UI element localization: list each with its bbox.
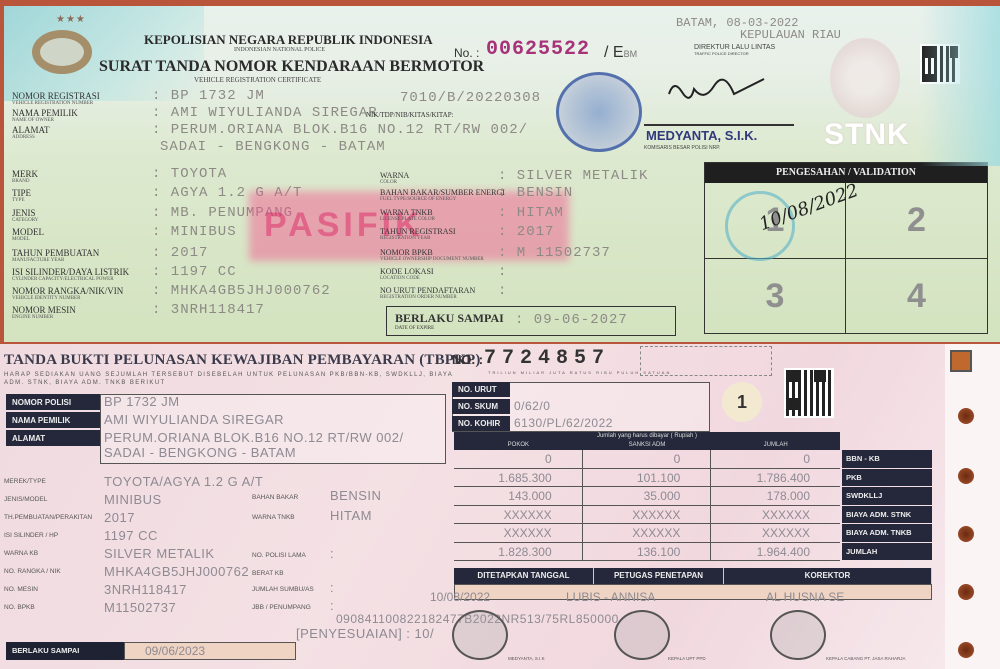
perforation-hole — [958, 642, 974, 658]
signature-line — [644, 124, 794, 126]
field-label-sub: MODEL — [12, 237, 44, 242]
payment-row-label: BIAYA ADM. TNKB — [842, 524, 932, 542]
field-label-text: NOMOR BPKB — [380, 248, 433, 257]
tbpkp-expiry-date: 09/06/2023 — [124, 642, 296, 660]
owner-label: NAMA PEMILIK — [6, 412, 100, 428]
vehicle-right-label: JBB / PENUMPANG — [252, 604, 311, 611]
stamp-upt-icon — [614, 610, 670, 660]
field-label: TAHUN PEMBUATANMANUFACTURE YEAR — [12, 249, 99, 263]
vehicle-value: TOYOTA/AGYA 1.2 G A/T — [104, 474, 263, 489]
stamp-police-name: MEDYANTA, S.I.K — [508, 656, 545, 661]
field-value: : BENSIN — [498, 185, 573, 201]
id-card-label: NIK/TDP/NIB/KITAS/KITAP: — [366, 112, 454, 119]
stamp-police-icon — [452, 610, 508, 660]
official-stamp-icon — [556, 72, 642, 152]
tbpkp-number: 7724857 — [484, 347, 610, 370]
field-value: : M 11502737 — [498, 245, 611, 261]
field-value: : SILVER METALIK — [498, 168, 648, 184]
field-label-sub: TYPE — [12, 198, 31, 203]
ref-value: 0/62/0 — [514, 399, 550, 413]
document-subtitle: VEHICLE REGISTRATION CERTIFICATE — [194, 76, 321, 84]
field-value: : 3NRH118417 — [152, 302, 265, 318]
expiry-date: : 09-06-2027 — [515, 312, 628, 328]
issuer-rank: KOMISARIS BESAR POLISI NRP. — [644, 145, 720, 151]
field-label-text: MODEL — [12, 227, 44, 237]
payment-cell: XXXXXX — [454, 506, 583, 524]
issuer-position: DIREKTUR LALU LINTASTRAFFIC POLICE DIREC… — [694, 44, 775, 56]
payment-cell: 0 — [583, 450, 712, 468]
field-label-text: NO URUT PENDAFTARAN — [380, 286, 475, 295]
vehicle-label: JENIS/MODEL — [4, 496, 47, 503]
field-value: : 1197 CC — [152, 264, 237, 280]
payment-cell: 178.000 — [711, 487, 840, 505]
payment-row: 000 — [454, 450, 840, 469]
field-label: TAHUN REGISTRASIREGISTRATION YEAR — [380, 228, 456, 241]
tbpkp-title: TANDA BUKTI PELUNASAN KEWAJIBAN PEMBAYAR… — [4, 352, 481, 369]
vehicle-right-label: WARNA TNKB — [252, 514, 295, 521]
registration-ref: 7010/B/20220308 — [400, 90, 541, 106]
perforated-strip — [945, 344, 1000, 669]
vehicle-value: M11502737 — [104, 600, 176, 615]
vehicle-value: MINIBUS — [104, 492, 162, 507]
vehicle-value: 2017 — [104, 510, 135, 525]
payment-columns: POKOK SANKSI ADM JUMLAH — [454, 441, 840, 450]
police-emblem-icon — [32, 30, 92, 74]
ref-label: NO. KOHIR — [452, 416, 510, 431]
payment-cell: XXXXXX — [583, 506, 712, 524]
issuer-name: MEDYANTA, S.I.K. — [646, 128, 757, 143]
field-label-sub: MANUFACTURE YEAR — [12, 258, 99, 263]
field-label: KODE LOKASILOCATION CODE — [380, 268, 434, 281]
field-label-sub: FUEL TYPE/SOURCE OF ENERGY — [380, 197, 505, 202]
field-label-sub: CYLINDER CAPACITY/ELECTRICAL POWER — [12, 277, 129, 282]
field-label-text: JENIS — [12, 208, 36, 218]
assessment-date-header: DITETAPKAN TANGGAL — [454, 568, 594, 584]
qr-code-icon — [920, 44, 960, 84]
field-label-sub: CATEGORY — [12, 218, 38, 223]
stars-icon: ★★★ — [56, 14, 86, 25]
stnk-expiry-box: BERLAKU SAMPAIDATE OF EXPIRE : 09-06-202… — [386, 306, 676, 336]
tbpkp-expiry-label: BERLAKU SAMPAI — [6, 642, 124, 660]
payment-cell: 0 — [454, 450, 583, 468]
field-label-text: TIPE — [12, 188, 31, 198]
field-label: NOMOR MESINENGINE NUMBER — [12, 306, 76, 320]
assessment-date: 10/08/2022 — [430, 590, 490, 604]
field-label-text: NOMOR REGISTRASI — [12, 91, 100, 101]
field-label-text: NOMOR MESIN — [12, 305, 76, 315]
vehicle-right-label: BAHAN BAKAR — [252, 494, 298, 501]
vehicle-label: NO. BPKB — [4, 604, 35, 611]
field-label: JENISCATEGORY — [12, 209, 38, 223]
tbpkp-stamp-area — [640, 346, 772, 376]
assessment-officer: LUBIS - ANNISA — [566, 590, 655, 604]
issue-region: KEPULAUAN RIAU — [740, 28, 841, 42]
field-label: MERKBRAND — [12, 170, 38, 184]
field-label: TIPETYPE — [12, 189, 31, 203]
payment-cell: 1.786.400 — [711, 469, 840, 487]
perforation-hole — [958, 584, 974, 600]
vehicle-label: ISI SILINDER / HP — [4, 532, 58, 539]
field-value: : PERUM.ORIANA BLOK.B16 NO.12 RT/RW 002/ — [152, 122, 528, 138]
owner-value: BP 1732 JM — [104, 394, 180, 409]
payment-cell: 1.685.300 — [454, 469, 583, 487]
field-value: : MHKA4GB5JHJ000762 — [152, 283, 331, 299]
vehicle-right-value: BENSIN — [330, 488, 381, 503]
tbpkp-receipt: TANDA BUKTI PELUNASAN KEWAJIBAN PEMBAYAR… — [0, 344, 1000, 669]
agency-title: KEPOLISIAN NEGARA REPUBLIK INDONESIA — [144, 32, 433, 48]
vehicle-right-label: JUMLAH SUMBU/AS — [252, 586, 314, 593]
ref-label: NO. SKUM — [452, 399, 510, 414]
field-label-text: WARNA — [380, 171, 409, 180]
field-label: BAHAN BAKAR/SUMBER ENERGIFUEL TYPE/SOURC… — [380, 189, 505, 202]
payment-row: XXXXXXXXXXXXXXXXXX — [454, 506, 840, 525]
field-label: WARNACOLOR — [380, 172, 409, 185]
payment-cell: 136.100 — [583, 543, 712, 561]
validation-box: PENGESAHAN / VALIDATION 1 2 3 4 10/08/20… — [704, 162, 988, 334]
vehicle-label: WARNA KB — [4, 550, 38, 557]
vehicle-label: NO. RANGKA / NIK — [4, 568, 61, 575]
perforation-hole — [958, 468, 974, 484]
payment-cell: 1.828.300 — [454, 543, 583, 561]
tbpkp-qr-code-icon — [784, 368, 834, 418]
field-label-sub: VEHICLE OWNERSHIP DOCUMENT NUMBER — [380, 257, 484, 262]
payment-row-label: PKB — [842, 469, 932, 487]
payment-table: Jumlah yang harus dibayar ( Rupiah ) POK… — [454, 432, 840, 561]
payment-row-label: JUMLAH — [842, 543, 932, 561]
tbpkp-note: HARAP SEDIAKAN UANG SEJUMLAH TERSEBUT DI… — [4, 371, 454, 387]
vehicle-label: MEREK/TYPE — [4, 478, 46, 485]
field-label-sub: VEHICLE IDENTITY NUMBER — [12, 296, 123, 301]
payment-row: 1.685.300101.1001.786.400 — [454, 469, 840, 488]
perforation-hole — [958, 526, 974, 542]
signature-icon — [664, 74, 774, 124]
field-label-sub: ADDRESS — [12, 135, 50, 140]
expiry-label: BERLAKU SAMPAIDATE OF EXPIRE — [395, 311, 504, 331]
field-label-text: NAMA PEMILIK — [12, 108, 78, 118]
field-value: : 2017 — [498, 224, 554, 240]
payment-cell: 143.000 — [454, 487, 583, 505]
payment-row-label: BIAYA ADM. STNK — [842, 506, 932, 524]
assessment-header: DITETAPKAN TANGGAL PETUGAS PENETAPAN KOR… — [454, 568, 932, 584]
payment-counter-badge: 1 — [722, 382, 762, 422]
field-value: SADAI - BENGKONG - BATAM — [160, 139, 386, 155]
payment-row-labels: BBN - KBPKBSWDKLLJBIAYA ADM. STNKBIAYA A… — [842, 450, 932, 561]
serial-label: No. : — [454, 46, 479, 60]
field-label-text: KODE LOKASI — [380, 267, 434, 276]
field-value: : 2017 — [152, 245, 208, 261]
field-value: : BP 1732 JM — [152, 88, 265, 104]
field-label-sub: BRAND — [12, 179, 38, 184]
payment-cell: XXXXXX — [711, 524, 840, 542]
vehicle-label: NO. MESIN — [4, 586, 38, 593]
field-label: ALAMATADDRESS — [12, 126, 50, 140]
vehicle-label: TH.PEMBUATAN/PERAKITAN — [4, 514, 92, 521]
assessment-corrector-header: KOREKTOR — [724, 568, 932, 584]
agency-subtitle: INDONESIAN NATIONAL POLICE — [234, 47, 325, 53]
field-label-sub: VEHICLE REGISTRATION NUMBER — [12, 101, 100, 106]
document-title: SURAT TANDA NOMOR KENDARAAN BERMOTOR — [99, 58, 484, 76]
assessment-corrector: AL HUSNA SE — [766, 590, 844, 604]
payment-cell: XXXXXX — [711, 506, 840, 524]
payment-row: 1.828.300136.1001.964.400 — [454, 543, 840, 562]
field-label-text: ALAMAT — [12, 125, 50, 135]
validation-cell-2: 2 — [846, 183, 987, 259]
field-label-sub: REGISTRATION YEAR — [380, 236, 456, 241]
payment-row: XXXXXXXXXXXXXXXXXX — [454, 524, 840, 543]
field-value: : — [498, 264, 507, 280]
payment-row-label: SWDKLLJ — [842, 487, 932, 505]
payment-cell: XXXXXX — [454, 524, 583, 542]
field-label-sub: ENGINE NUMBER — [12, 315, 76, 320]
stamp-jasa-raharja-icon — [770, 610, 826, 660]
owner-value: PERUM.ORIANA BLOK.B16 NO.12 RT/RW 002/ — [104, 430, 404, 445]
vehicle-value: 3NRH118417 — [104, 582, 187, 597]
payment-cell: 35.000 — [583, 487, 712, 505]
ref-value: 6130/PL/62/2022 — [514, 416, 613, 430]
vehicle-value: MHKA4GB5JHJ000762 — [104, 564, 249, 579]
field-label: ISI SILINDER/DAYA LISTRIKCYLINDER CAPACI… — [12, 268, 129, 282]
field-label: NOMOR BPKBVEHICLE OWNERSHIP DOCUMENT NUM… — [380, 249, 484, 262]
vehicle-right-label: NO. POLISI LAMA — [252, 552, 306, 559]
field-label: WARNA TNKBLICENSE PLATE COLOR — [380, 209, 435, 222]
field-label: NO URUT PENDAFTARANREGISTRATION ORDER NU… — [380, 287, 475, 300]
field-label-text: NOMOR RANGKA/NIK/VIN — [12, 286, 123, 296]
field-label: NOMOR RANGKA/NIK/VINVEHICLE IDENTITY NUM… — [12, 287, 123, 301]
owner-value: AMI WIYULIANDA SIREGAR — [104, 412, 284, 427]
ref-label: NO. URUT — [452, 382, 510, 397]
stnk-emblem-icon — [830, 38, 900, 118]
validation-title: PENGESAHAN / VALIDATION — [705, 163, 987, 183]
payment-caption: Jumlah yang harus dibayar ( Rupiah ) — [454, 432, 840, 441]
field-value: : HITAM — [498, 205, 564, 221]
owner-address-line2: SADAI - BENGKONG - BATAM — [104, 445, 296, 460]
vehicle-value: SILVER METALIK — [104, 546, 215, 561]
field-label-sub: LOCATION CODE — [380, 276, 434, 281]
field-label-text: ISI SILINDER/DAYA LISTRIK — [12, 267, 129, 277]
serial-suffix: / EBM — [604, 44, 637, 62]
field-value: : — [498, 283, 507, 299]
field-label: NOMOR REGISTRASIVEHICLE REGISTRATION NUM… — [12, 92, 100, 106]
payment-cell: 0 — [711, 450, 840, 468]
vehicle-right-label: BERAT KB — [252, 570, 284, 577]
payment-row: 143.00035.000178.000 — [454, 487, 840, 506]
validation-cell-3: 3 — [705, 259, 846, 335]
adjustment-note: [PENYESUAIAN] : 10/ — [296, 626, 434, 641]
field-label: MODELMODEL — [12, 228, 44, 242]
field-label: NAMA PEMILIKNAME OF OWNER — [12, 109, 78, 123]
field-label-text: TAHUN PEMBUATAN — [12, 248, 99, 258]
owner-label: ALAMAT — [6, 430, 100, 446]
assessment-row — [454, 584, 932, 600]
field-value: : MINIBUS — [152, 224, 237, 240]
field-label-text: TAHUN REGISTRASI — [380, 227, 456, 236]
field-value: : TOYOTA — [152, 166, 227, 182]
field-label-sub: LICENSE PLATE COLOR — [380, 217, 435, 222]
tbpkp-no-label: NO. : — [452, 352, 483, 367]
payment-cell: XXXXXX — [583, 524, 712, 542]
vehicle-right-value: : — [330, 546, 334, 561]
validation-cell-4: 4 — [846, 259, 987, 335]
stamp-upt-name: KEPALA UPT PPD — [668, 656, 706, 661]
stamp-jasa-raharja-name: KEPALA CABANG PT. JASA RAHARJA — [826, 656, 905, 661]
field-label-text: WARNA TNKB — [380, 208, 433, 217]
vehicle-value: 1197 CC — [104, 528, 158, 543]
assessment-officer-header: PETUGAS PENETAPAN — [594, 568, 724, 584]
field-label-sub: NAME OF OWNER — [12, 118, 78, 123]
vehicle-right-value: HITAM — [330, 508, 372, 523]
payment-cell: 101.100 — [583, 469, 712, 487]
field-label-text: BAHAN BAKAR/SUMBER ENERGI — [380, 188, 505, 197]
vehicle-right-value: : — [330, 580, 334, 595]
perforation-hole — [958, 408, 974, 424]
stnk-card: ★★★ KEPOLISIAN NEGARA REPUBLIK INDONESIA… — [4, 6, 1000, 342]
field-label-sub: COLOR — [380, 180, 409, 185]
stnk-logo: STNK — [824, 118, 910, 152]
owner-label: NOMOR POLISI — [6, 394, 100, 410]
serial-number: 00625522 — [486, 38, 590, 61]
payment-row-label: BBN - KB — [842, 450, 932, 468]
registration-mark-icon — [950, 350, 972, 372]
field-label-sub: REGISTRATION ORDER NUMBER — [380, 295, 475, 300]
payment-cell: 1.964.400 — [711, 543, 840, 561]
field-value: : AMI WIYULIANDA SIREGAR — [152, 105, 378, 121]
vehicle-right-value: : — [330, 598, 334, 613]
field-label-text: MERK — [12, 169, 38, 179]
